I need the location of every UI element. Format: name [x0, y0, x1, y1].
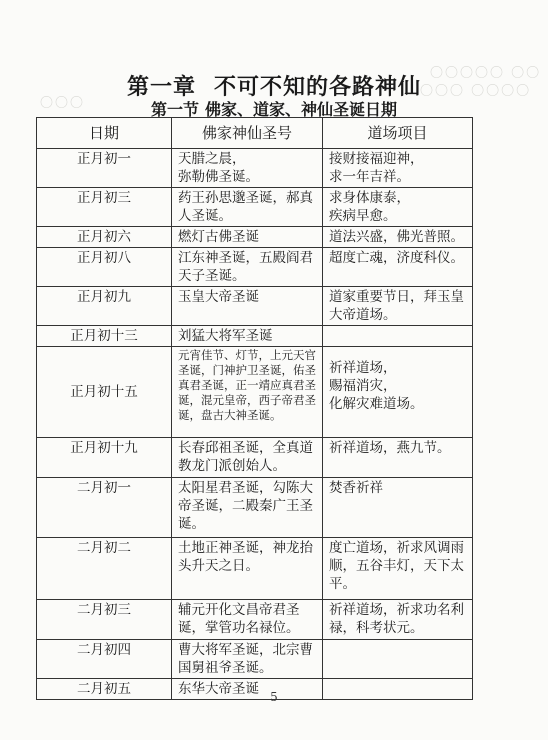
table-row: 正月初三 药王孙思邈圣诞，郝真人圣诞。 求身体康泰， 疾病早愈。	[37, 188, 473, 227]
cell-deity: 太阳星君圣诞，勾陈大帝圣诞，二殿秦广王圣诞。	[172, 478, 323, 538]
table-row: 二月初二 土地正神圣诞，神龙抬头升天之日。 度亡道场，祈求风调雨顺，五谷丰灯，天…	[37, 538, 473, 600]
table-row: 正月初十三 刘猛大将军圣诞	[37, 326, 473, 347]
cell-deity: 药王孙思邈圣诞，郝真人圣诞。	[172, 188, 323, 227]
header-deity: 佛家神仙圣号	[172, 118, 323, 149]
table-row: 二月初一 太阳星君圣诞，勾陈大帝圣诞，二殿秦广王圣诞。 焚香祈祥	[37, 478, 473, 538]
cell-deity: 曹大将军圣诞，北宗曹国舅祖爷圣诞。	[172, 640, 323, 679]
cell-date: 正月初九	[37, 287, 172, 326]
table-row: 正月初十五 元宵佳节、灯节，上元天官圣诞，门神护卫圣诞，佑圣真君圣诞，正一靖应真…	[37, 347, 473, 438]
cell-ritual: 焚香祈祥	[323, 478, 473, 538]
cell-date: 正月初八	[37, 248, 172, 287]
cell-ritual: 祈祥道场，祈求功名利禄，科考状元。	[323, 600, 473, 640]
cell-deity: 刘猛大将军圣诞	[172, 326, 323, 347]
cell-date: 二月初三	[37, 600, 172, 640]
cell-ritual: 接财接福迎神， 求一年吉祥。	[323, 149, 473, 188]
cell-deity: 元宵佳节、灯节，上元天官圣诞，门神护卫圣诞，佑圣真君圣诞，正一靖应真君圣诞，混元…	[172, 347, 323, 438]
cell-date: 正月初十五	[37, 347, 172, 438]
cell-date: 二月初一	[37, 478, 172, 538]
cell-date: 正月初六	[37, 227, 172, 248]
cell-ritual: 祈祥道场， 赐福消灾， 化解灾难道场。	[323, 347, 473, 438]
table-row: 正月初十九 长春邱祖圣诞，全真道教龙门派创始人。 祈祥道场，燕九节。	[37, 438, 473, 478]
cell-ritual: 度亡道场，祈求风调雨顺，五谷丰灯，天下太平。	[323, 538, 473, 600]
cell-ritual: 祈祥道场，燕九节。	[323, 438, 473, 478]
cell-date: 正月初十三	[37, 326, 172, 347]
table-row: 二月初四 曹大将军圣诞，北宗曹国舅祖爷圣诞。	[37, 640, 473, 679]
header-date: 日期	[37, 118, 172, 149]
cell-ritual	[323, 326, 473, 347]
cell-deity: 江东神圣诞，五殿阎君天子圣诞。	[172, 248, 323, 287]
cell-ritual	[323, 640, 473, 679]
cell-date: 二月初四	[37, 640, 172, 679]
festival-table: 日期 佛家神仙圣号 道场项目 正月初一 天腊之晨， 弥勒佛圣诞。 接财接福迎神，…	[36, 117, 473, 700]
cell-ritual: 道法兴盛，佛光普照。	[323, 227, 473, 248]
table-header-row: 日期 佛家神仙圣号 道场项目	[37, 118, 473, 149]
table-row: 正月初八 江东神圣诞，五殿阎君天子圣诞。 超度亡魂，济度科仪。	[37, 248, 473, 287]
page-number: 5	[0, 690, 548, 704]
cell-deity: 燃灯古佛圣诞	[172, 227, 323, 248]
cell-date: 二月初二	[37, 538, 172, 600]
cell-ritual: 超度亡魂，济度科仪。	[323, 248, 473, 287]
cell-ritual: 求身体康泰， 疾病早愈。	[323, 188, 473, 227]
cell-deity: 土地正神圣诞，神龙抬头升天之日。	[172, 538, 323, 600]
table-row: 正月初一 天腊之晨， 弥勒佛圣诞。 接财接福迎神， 求一年吉祥。	[37, 149, 473, 188]
cell-date: 正月初三	[37, 188, 172, 227]
cell-deity: 长春邱祖圣诞，全真道教龙门派创始人。	[172, 438, 323, 478]
cell-ritual: 道家重要节日，拜玉皇大帝道场。	[323, 287, 473, 326]
cell-date: 正月初十九	[37, 438, 172, 478]
table-row: 二月初三 辅元开化文昌帝君圣诞，掌管功名禄位。 祈祥道场，祈求功名利禄，科考状元…	[37, 600, 473, 640]
cell-deity: 玉皇大帝圣诞	[172, 287, 323, 326]
cell-deity: 天腊之晨， 弥勒佛圣诞。	[172, 149, 323, 188]
cell-deity: 辅元开化文昌帝君圣诞，掌管功名禄位。	[172, 600, 323, 640]
cell-date: 正月初一	[37, 149, 172, 188]
table-row: 正月初六 燃灯古佛圣诞 道法兴盛，佛光普照。	[37, 227, 473, 248]
table-row: 正月初九 玉皇大帝圣诞 道家重要节日，拜玉皇大帝道场。	[37, 287, 473, 326]
header-ritual: 道场项目	[323, 118, 473, 149]
